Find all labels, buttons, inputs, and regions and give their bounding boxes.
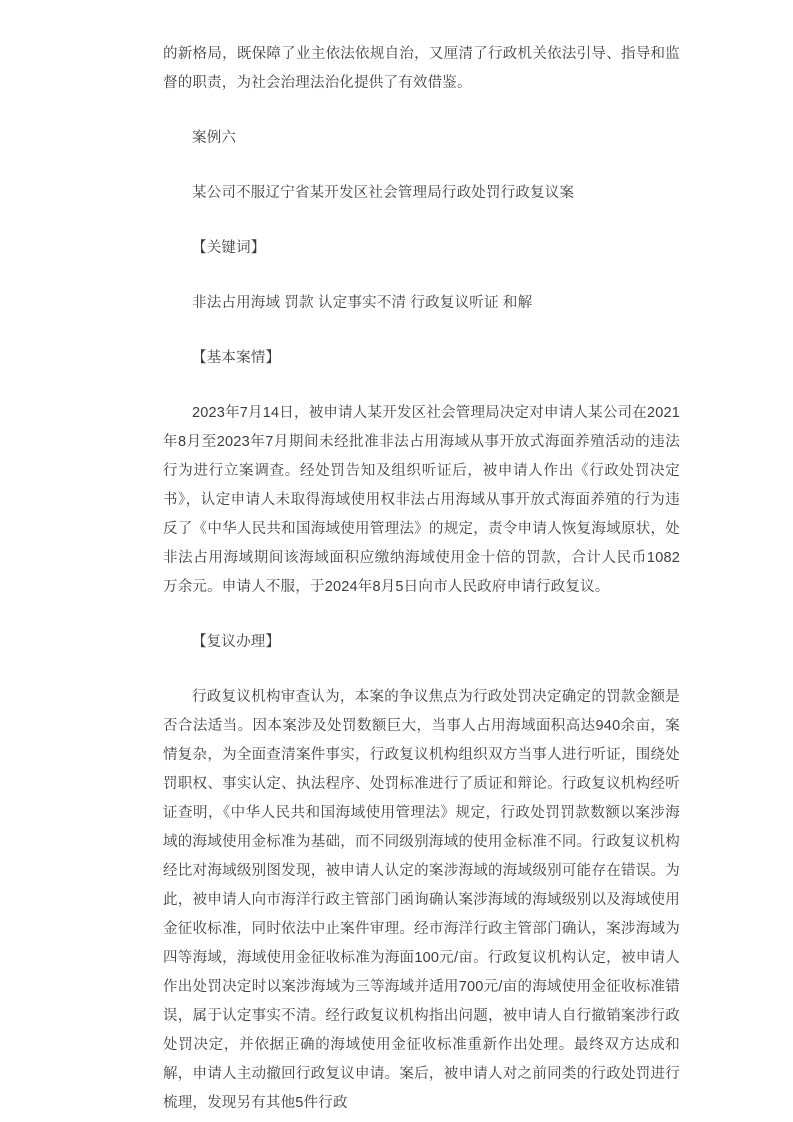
case-number-heading: 案例六 [163,124,680,153]
continuation-paragraph: 的新格局，既保障了业主依法依规自治，又厘清了行政机关依法引导、指导和监督的职责，… [163,40,680,98]
keywords-text: 非法占用海域 罚款 认定事实不清 行政复议听证 和解 [163,289,680,318]
case-title: 某公司不服辽宁省某开发区社会管理局行政处罚行政复议案 [163,179,680,208]
document-page: 的新格局，既保障了业主依法依规自治，又厘清了行政机关依法引导、指导和监督的职责，… [0,0,793,1122]
review-handling-paragraph: 行政复议机构审查认为，本案的争议焦点为行政处罚决定确定的罚款金额是否合法适当。因… [163,683,680,1118]
document-body: 的新格局，既保障了业主依法依规自治，又厘清了行政机关依法引导、指导和监督的职责，… [163,40,680,1118]
review-handling-section-label: 【复议办理】 [163,628,680,657]
basic-facts-paragraph: 2023年7月14日，被申请人某开发区社会管理局决定对申请人某公司在2021年8… [163,399,680,602]
basic-facts-section-label: 【基本案情】 [163,344,680,373]
keywords-section-label: 【关键词】 [163,234,680,263]
